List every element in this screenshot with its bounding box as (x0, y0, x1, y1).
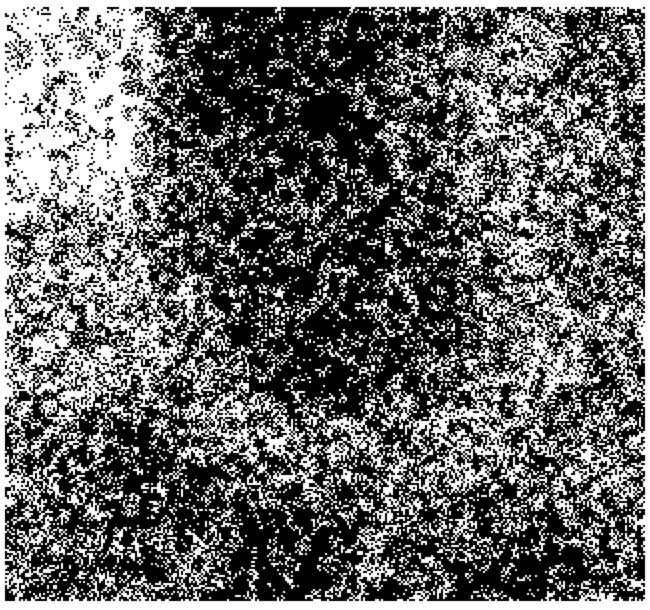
dithered-photo-stage (0, 0, 650, 610)
binary-dither-image (0, 0, 650, 610)
